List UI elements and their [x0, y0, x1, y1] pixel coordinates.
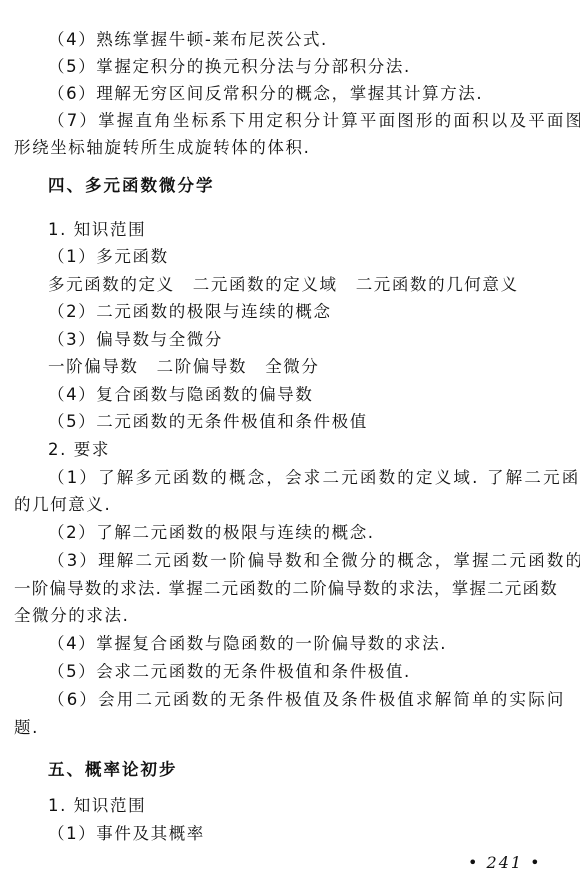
section-heading-multivariable: 四、多元函数微分学	[0, 175, 580, 197]
item-substitution-integration: （5）掌握定积分的换元积分法与分部积分法.	[0, 56, 580, 78]
subheading-knowledge-scope-2: 1. 知识范围	[0, 795, 580, 817]
req-limit-continuity: （2）了解二元函数的极限与连续的概念.	[0, 522, 580, 544]
req-domain-cont: 的几何意义.	[0, 494, 580, 516]
topic-limit-continuity: （2）二元函数的极限与连续的概念	[0, 301, 580, 323]
req-domain: （1）了解多元函数的概念，会求二元函数的定义域. 了解二元函数	[0, 467, 580, 489]
req-partial-derivatives-cont2: 全微分的求法.	[0, 605, 580, 627]
item-area-volume: （7）掌握直角坐标系下用定积分计算平面图形的面积以及平面图	[0, 110, 580, 132]
item-newton-leibniz: （4）熟练掌握牛顿-莱布尼茨公式.	[0, 29, 580, 51]
req-extrema: （5）会求二元函数的无条件极值和条件极值.	[0, 661, 580, 683]
topic-events-probability: （1）事件及其概率	[0, 823, 580, 845]
req-composite-implicit: （4）掌握复合函数与隐函数的一阶偏导数的求法.	[0, 633, 580, 655]
item-improper-integral: （6）理解无穷区间反常积分的概念，掌握其计算方法.	[0, 83, 580, 105]
req-partial-derivatives: （3）理解二元函数一阶偏导数和全微分的概念，掌握二元函数的	[0, 550, 580, 572]
topic-multivariable-function: （1）多元函数	[0, 246, 580, 268]
subheading-knowledge-scope: 1. 知识范围	[0, 219, 580, 241]
topic-composite-implicit: （4）复合函数与隐函数的偏导数	[0, 384, 580, 406]
req-partial-derivatives-cont: 一阶偏导数的求法. 掌握二元函数的二阶偏导数的求法，掌握二元函数	[0, 578, 580, 600]
page-number: • 241 •	[468, 853, 542, 872]
section-heading-probability: 五、概率论初步	[0, 759, 580, 781]
req-practical-problems-cont: 题.	[0, 717, 580, 739]
req-practical-problems: （6）会用二元函数的无条件极值及条件极值求解简单的实际问	[0, 689, 580, 711]
topic-detail-definitions: 多元函数的定义 二元函数的定义域 二元函数的几何意义	[0, 274, 580, 296]
item-area-volume-cont: 形绕坐标轴旋转所生成旋转体的体积.	[0, 137, 580, 159]
topic-extrema: （5）二元函数的无条件极值和条件极值	[0, 411, 580, 433]
topic-detail-derivatives: 一阶偏导数 二阶偏导数 全微分	[0, 356, 580, 378]
subheading-requirements: 2. 要求	[0, 439, 580, 461]
topic-partial-derivative: （3）偏导数与全微分	[0, 329, 580, 351]
